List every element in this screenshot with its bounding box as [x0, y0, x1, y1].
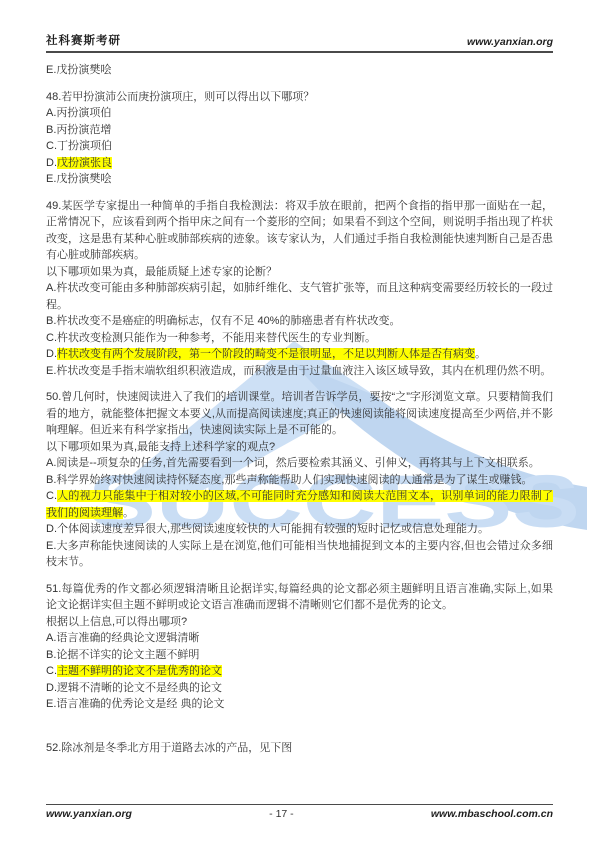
highlighted-answer: 戊扮演张良 — [57, 157, 112, 169]
highlighted-answer: 主题不鲜明的论文不是优秀的论文 — [57, 665, 222, 677]
question-51-option-a: A.语言准确的经典论文逻辑清晰 — [46, 630, 553, 647]
page-footer: www.yanxian.org - 17 - www.mbaschool.com… — [46, 804, 553, 820]
question-48-option-b: B.丙扮演范增 — [46, 122, 553, 139]
highlighted-answer: 杵状改变有两个发展阶段，第一个阶段的畸变不是很明显，不足以判断人体是否有病变 — [57, 348, 475, 360]
question-52: 52.除冰剂是冬季北方用于道路去冰的产品，见下图 — [46, 740, 553, 757]
question-48-stem: 48.若甲扮演沛公而庚扮演项庄，则可以得出以下哪项？ — [46, 89, 553, 106]
question-48-option-c: C.丁扮演项伯 — [46, 138, 553, 155]
option-text: E.语言准确的优秀论文是经 典的论文 — [46, 698, 224, 710]
option-text: C.丁扮演项伯 — [46, 140, 112, 152]
option-text: C. — [46, 665, 57, 677]
page-content: E.戊扮演樊哙 48.若甲扮演沛公而庚扮演项庄，则可以得出以下哪项？ A.丙扮演… — [46, 62, 553, 756]
option-text: B.杵状改变不是癌症的明确标志，仅有不足 40%的肺癌患者有杵状改变。 — [46, 315, 400, 327]
question-49-stem: 49.某医学专家提出一种简单的手指自我检测法：将双手放在眼前，把两个食指的指甲那… — [46, 198, 553, 264]
question-52-stem: 52.除冰剂是冬季北方用于道路去冰的产品，见下图 — [46, 740, 553, 757]
question-48-option-d: D.戊扮演张良 — [46, 155, 553, 172]
option-text: C.杵状改变检测只能作为一种参考，不能用来替代医生的专业判断。 — [46, 332, 376, 344]
question-50-stem: 50.曾几何时，快速阅读进入了我们的培训课堂。培训者告诉学员，要按“之”字形浏览… — [46, 389, 553, 439]
document-page: 社科赛斯考研 www.yanxian.org SUCCESS E.戊扮演樊哙 4… — [0, 0, 600, 849]
question-51-stem: 51.每篇优秀的作文都必须逻辑清晰且论据详实,每篇经典的论文都必须主题鲜明且语言… — [46, 581, 553, 614]
question-50-option-d: D.个体阅读速度差异很大,那些阅读速度较快的人可能拥有较强的短时记忆或信息处理能… — [46, 521, 553, 538]
header-site-url: www.yanxian.org — [467, 36, 553, 48]
option-text: D. — [46, 157, 57, 169]
question-49-option-d: D.杵状改变有两个发展阶段，第一个阶段的畸变不是很明显，不足以判断人体是否有病变… — [46, 346, 553, 363]
question-50-option-c: C.人的视力只能集中于相对较小的区域,不可能同时充分感知和阅读大范围文本，识别单… — [46, 488, 553, 521]
question-51: 51.每篇优秀的作文都必须逻辑清晰且论据详实,每篇经典的论文都必须主题鲜明且语言… — [46, 581, 553, 713]
option-text: E.戊扮演樊哙 — [46, 173, 111, 185]
option-text: A.丙扮演项伯 — [46, 107, 111, 119]
question-50: 50.曾几何时，快速阅读进入了我们的培训课堂。培训者告诉学员，要按“之”字形浏览… — [46, 389, 553, 571]
option-text: D. — [46, 348, 57, 360]
question-48-option-e: E.戊扮演樊哙 — [46, 171, 553, 188]
brand-text: 社科赛斯考研 — [46, 32, 121, 48]
option-text: C. — [46, 490, 57, 502]
question-50-option-a: A.阅读是--项复杂的任务,首先需要看到一个词，然后要检索其涵义、引伸义，再将其… — [46, 455, 553, 472]
carryover-option-line: E.戊扮演樊哙 — [46, 62, 553, 79]
question-51-option-e: E.语言准确的优秀论文是经 典的论文 — [46, 696, 553, 713]
question-51-option-b: B.论据不详实的论文主题不鲜明 — [46, 647, 553, 664]
page-number: - 17 - — [269, 808, 294, 820]
question-49-option-a: A.杵状改变可能由多种肺部疾病引起，如肺纤维化、支气管扩张等，而且这种病变需要经… — [46, 280, 553, 313]
question-49-option-e: E.杵状改变是手指末端软组织积液造成，而积液是由于过量血液注入该区域导致，其内在… — [46, 363, 553, 380]
option-text: E.大多声称能快速阅读的人实际上是在浏览,他们可能相当快地捕捉到文本的主要内容,… — [46, 540, 553, 569]
footer-right-url: www.mbaschool.com.cn — [431, 808, 553, 820]
question-50-prompt: 以下哪项如果为真,最能支持上述科学家的观点? — [46, 439, 553, 456]
footer-left-url: www.yanxian.org — [46, 808, 132, 820]
question-50-option-b: B.科学界始终对快速阅读持怀疑态度,那些声称能帮助人们实现快速阅读的人通常是为了… — [46, 472, 553, 489]
option-text: E.杵状改变是手指末端软组织积液造成，而积液是由于过量血液注入该区域导致，其内在… — [46, 365, 551, 377]
option-text: D.逻辑不清晰的论文不是经典的论文 — [46, 682, 222, 694]
question-48: 48.若甲扮演沛公而庚扮演项庄，则可以得出以下哪项？ A.丙扮演项伯 B.丙扮演… — [46, 89, 553, 188]
question-51-option-d: D.逻辑不清晰的论文不是经典的论文 — [46, 680, 553, 697]
option-text: D.个体阅读速度差异很大,那些阅读速度较快的人可能拥有较强的短时记忆或信息处理能… — [46, 523, 489, 535]
page-header: 社科赛斯考研 www.yanxian.org — [46, 32, 553, 53]
option-text: A.阅读是--项复杂的任务,首先需要看到一个词，然后要检索其涵义、引伸义，再将其… — [46, 457, 540, 469]
option-text: A.语言准确的经典论文逻辑清晰 — [46, 632, 199, 644]
question-49-prompt: 以下哪项如果为真，最能质疑上述专家的论断？ — [46, 264, 553, 281]
question-50-option-e: E.大多声称能快速阅读的人实际上是在浏览,他们可能相当快地捕捉到文本的主要内容,… — [46, 538, 553, 571]
option-text: A.杵状改变可能由多种肺部疾病引起，如肺纤维化、支气管扩张等，而且这种病变需要经… — [46, 282, 553, 311]
question-49-option-b: B.杵状改变不是癌症的明确标志，仅有不足 40%的肺癌患者有杵状改变。 — [46, 313, 553, 330]
option-text: 。 — [123, 507, 134, 519]
question-49: 49.某医学专家提出一种简单的手指自我检测法：将双手放在眼前，把两个食指的指甲那… — [46, 198, 553, 380]
question-51-prompt: 根据以上信息,可以得出哪项? — [46, 614, 553, 631]
question-49-option-c: C.杵状改变检测只能作为一种参考，不能用来替代医生的专业判断。 — [46, 330, 553, 347]
option-text: B.论据不详实的论文主题不鲜明 — [46, 649, 199, 661]
question-51-option-c: C.主题不鲜明的论文不是优秀的论文 — [46, 663, 553, 680]
question-48-option-a: A.丙扮演项伯 — [46, 105, 553, 122]
option-text: B.科学界始终对快速阅读持怀疑态度,那些声称能帮助人们实现快速阅读的人通常是为了… — [46, 474, 532, 486]
option-text: 。 — [475, 348, 486, 360]
option-text: B.丙扮演范增 — [46, 124, 111, 136]
